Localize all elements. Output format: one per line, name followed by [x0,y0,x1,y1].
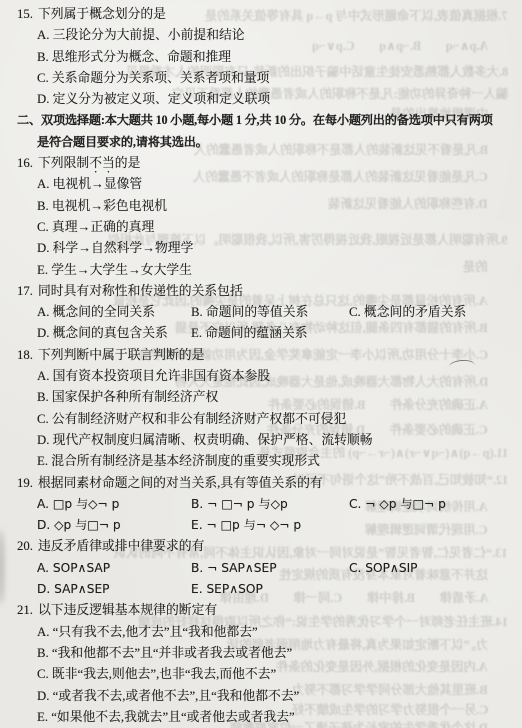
question-text: 违反矛盾律或排中律要求的有 [38,539,204,553]
question-17-options: A. 概念间的全同关系 B. 命题间的等值关系 C. 概念间的矛盾关系 D. 概… [17,302,516,345]
question-16-option-e: E. 学生→大学生→女大学生 [17,260,516,281]
question-number: 18. [17,348,33,362]
question-18-option-c: C. 公有制经济财产权和非公有制经济财产权都不可侵犯 [17,409,516,430]
question-19-option-c: C. ¬ ◇p 与□¬ p [349,494,516,515]
question-number: 20. [17,539,33,553]
question-15-option-a: A. 三段论分为大前提、小前提和结论 [17,25,516,46]
question-19-option-b: B. ¬ □¬ p 与◇p [191,494,349,515]
question-15-option-c: C. 关系命题分为关系项、关系者项和量项 [17,68,516,89]
question-15-stem: 15.下列属于概念划分的是 [17,4,516,25]
question-18-option-e: E. 混合所有制经济是基本经济制度的重要实现形式 [17,451,516,472]
question-18-option-d: D. 现代产权制度归属清晰、权责明确、保护严格、流转顺畅 [17,430,516,451]
question-number: 17. [17,284,33,298]
question-17: 17.同时具有对称性和传递性的关系包括 A. 概念间的全同关系 B. 命题间的等… [17,281,516,345]
question-number: 21. [17,603,33,617]
question-19-option-d: D. ◇p 与□¬ p [37,515,191,536]
question-20-option-b: B. ¬ SAP∧SEP [191,558,349,579]
question-text: 的是 [115,156,141,170]
question-15: 15.下列属于概念划分的是 A. 三段论分为大前提、小前提和结论 B. 思维形式… [17,4,516,110]
question-19-options: A. □p 与◇¬ p B. ¬ □¬ p 与◇p C. ¬ ◇p 与□¬ p … [17,494,516,537]
exam-content: 15.下列属于概念划分的是 A. 三段论分为大前提、小前提和结论 B. 思维形式… [0,0,522,728]
question-21-option-b: B. “我和他都不去”且“并非或者我去或者他去” [17,643,516,664]
question-text: 下列属于概念划分的是 [38,7,166,21]
question-20-options: A. SOP∧SAP B. ¬ SAP∧SEP C. SOP∧SIP D. SA… [17,558,516,601]
question-15-option-b: B. 思维形式分为概念、命题和推理 [17,47,516,68]
question-16-option-a: A. 电视机→显像管 [17,174,516,195]
question-19-stem: 19.根据同素材命题之间的对当关系,具有等值关系的有 [17,473,516,494]
question-18: 18.下列判断中属于联言判断的是 A. 国有资本投资项目允许非国有资本参股 B.… [17,345,516,473]
question-21-stem: 21.以下违反逻辑基本规律的断定有 [17,600,516,621]
question-number: 15. [17,7,33,21]
question-17-option-c: C. 概念间的矛盾关系 [349,302,516,323]
question-text: 根据同素材命题之间的对当关系,具有等值关系的有 [38,476,323,490]
question-16-option-c: C. 真理→正确的真理 [17,217,516,238]
question-21-option-d: D. “或者我不去,或者他不去”,且“我和他都不去” [17,686,516,707]
section-header: 二、双项选择题:本大题共 10 小题,每小题 1 分,共 10 分。在每小题列出… [17,110,516,153]
question-16: 16.下列限制不当的是 A. 电视机→显像管 B. 电视机→彩色电视机 C. 真… [17,153,516,281]
question-number: 19. [17,476,33,490]
question-17-option-e: E. 命题间的蕴涵关系 [191,323,349,344]
question-17-option-b: B. 命题间的等值关系 [191,302,349,323]
question-19-option-e: E. ¬ □p 与¬ ◇¬ p [191,515,349,536]
question-text: 以下违反逻辑基本规律的断定有 [38,603,217,617]
question-19: 19.根据同素材命题之间的对当关系,具有等值关系的有 A. □p 与◇¬ p B… [17,473,516,537]
question-17-stem: 17.同时具有对称性和传递性的关系包括 [17,281,516,302]
question-18-option-a: A. 国有资本投资项目允许非国有资本参股 [17,366,516,387]
section-header-line1: 二、双项选择题:本大题共 10 小题,每小题 1 分,共 10 分。在每小题列出… [17,110,516,131]
question-text: 同时具有对称性和传递性的关系包括 [38,284,243,298]
scanned-exam-page: 7.根据真值表,以下命题形式中与 p→q 具有等值关系的是 A.p∧¬q B.¬… [0,0,522,728]
question-20-option-e: E. SEP∧SOP [191,579,349,600]
question-21: 21.以下违反逻辑基本规律的断定有 A. “只有我不去,他才去”且“我和他都去”… [17,600,516,728]
question-20-stem: 20.违反矛盾律或排中律要求的有 [17,536,516,557]
question-text: 下列判断中属于联言判断的是 [38,348,204,362]
question-16-option-d: D. 科学→自然科学→物理学 [17,238,516,259]
question-20-option-d: D. SAP∧SEP [37,579,191,600]
question-20: 20.违反矛盾律或排中律要求的有 A. SOP∧SAP B. ¬ SAP∧SEP… [17,536,516,600]
question-19-option-a: A. □p 与◇¬ p [37,494,191,515]
question-21-option-c: C. 既非“我去,则他去”,也非“我去,而他不去” [17,664,516,685]
question-18-option-b: B. 国家保护各种所有制经济产权 [17,387,516,408]
question-17-option-a: A. 概念间的全同关系 [37,302,191,323]
question-17-option-d: D. 概念间的真包含关系 [37,323,191,344]
question-18-stem: 18.下列判断中属于联言判断的是 [17,345,516,366]
question-15-option-d: D. 定义分为被定义项、定义项和定义联项 [17,89,516,110]
question-text-emphasized: 不当 [89,156,115,170]
question-21-option-e: E. “如果他不去,我就去”且“或者他去或者我去” [17,707,516,728]
question-16-stem: 16.下列限制不当的是 [17,153,516,174]
question-20-option-c: C. SOP∧SIP [349,558,516,579]
question-20-option-a: A. SOP∧SAP [37,558,191,579]
question-number: 16. [17,156,33,170]
question-text: 下列限制 [38,156,89,170]
section-header-line2: 是符合题目要求的,请将其选出。 [17,132,516,153]
question-16-option-b: B. 电视机→彩色电视机 [17,196,516,217]
question-21-option-a: A. “只有我不去,他才去”且“我和他都去” [17,622,516,643]
